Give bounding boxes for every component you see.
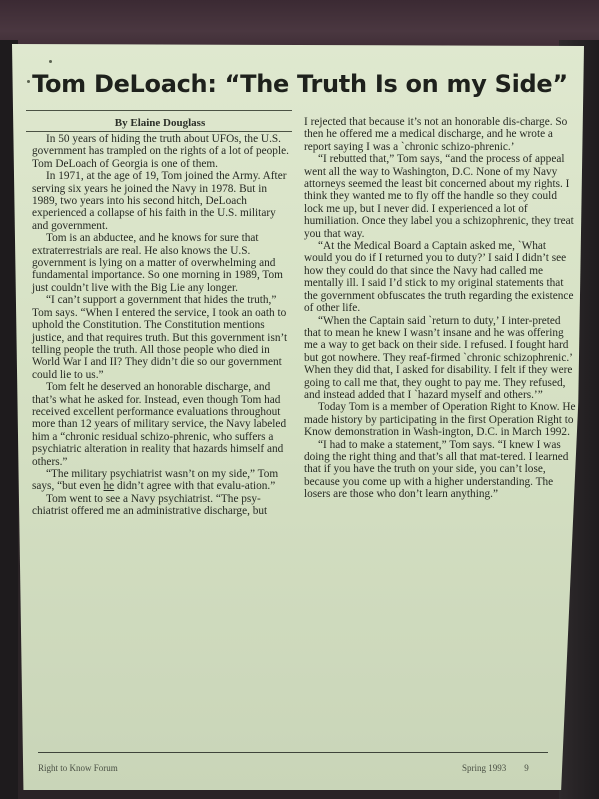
quote-emphasis: he [104, 480, 115, 492]
footer-issue: Spring 1993 [462, 763, 506, 773]
paragraph-quote: “The military psychiatrist wasn’t on my … [32, 468, 294, 493]
footer-issue-info: Spring 19939 [462, 763, 529, 773]
paragraph: Tom is an abductee, and he knows for sur… [32, 232, 294, 294]
quote-text: didn’t agree with that evalu-ation.” [114, 480, 275, 492]
article-title: Tom DeLoach: “The Truth Is on my Side” [30, 70, 570, 98]
page-number: 9 [524, 763, 529, 773]
paragraph-continuation: I rejected that because it’s not an hono… [304, 116, 576, 153]
paragraph: “When the Captain said `return to duty,’… [304, 315, 576, 402]
paragraph: Tom felt he deserved an honorable discha… [32, 381, 294, 468]
footer-rule [38, 752, 548, 753]
paragraph: “I rebutted that,” Tom says, “and the pr… [304, 153, 576, 240]
paragraph: “At the Medical Board a Captain asked me… [304, 240, 576, 314]
paragraph: In 50 years of hiding the truth about UF… [32, 133, 294, 170]
background-wood [0, 0, 599, 52]
paragraph: “I can’t support a government that hides… [32, 294, 294, 381]
paragraph: In 1971, at the age of 19, Tom joined th… [32, 170, 294, 232]
column-right: I rejected that because it’s not an hono… [304, 116, 576, 501]
byline-bottom-rule [26, 131, 292, 132]
paragraph: Today Tom is a member of Operation Right… [304, 401, 576, 438]
paper-speck [49, 60, 52, 63]
column-left: In 50 years of hiding the truth about UF… [32, 133, 294, 518]
footer-publication: Right to Know Forum [38, 763, 118, 773]
paragraph: Tom went to see a Navy psychiatrist. “Th… [32, 493, 294, 518]
paragraph: “I had to make a statement,” Tom says. “… [304, 439, 576, 501]
byline: By Elaine Douglass [30, 117, 290, 129]
byline-top-rule [26, 110, 292, 111]
